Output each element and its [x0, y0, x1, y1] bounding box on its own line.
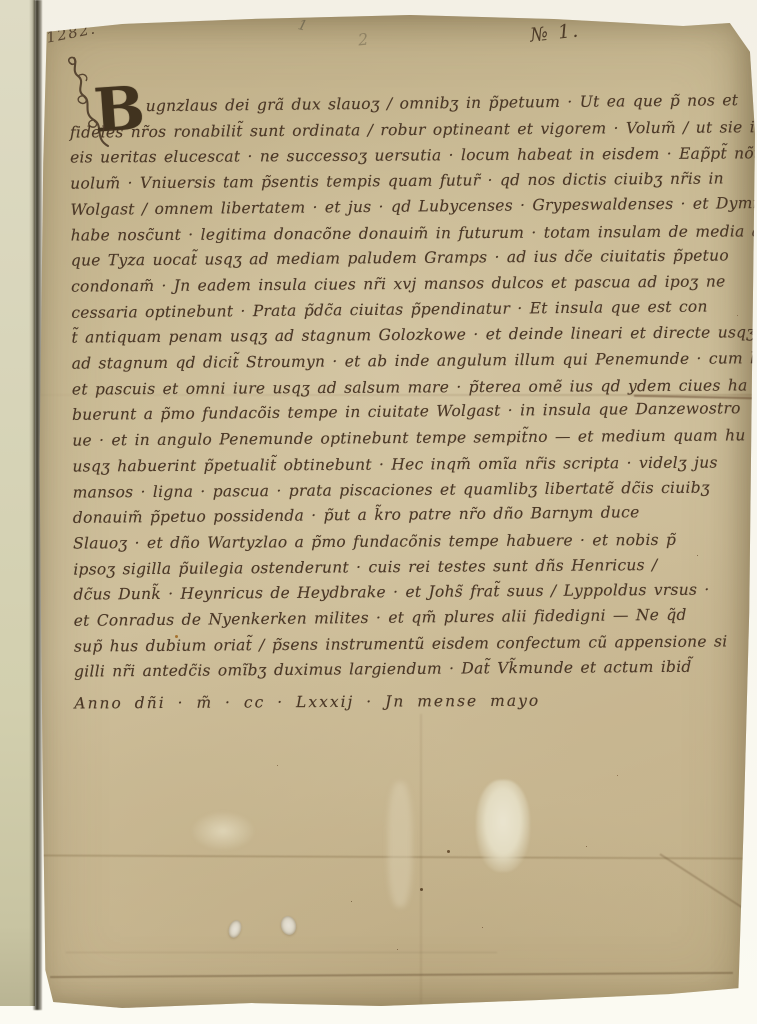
pencil-mark-2: 2 [357, 30, 369, 50]
manuscript-line: Wolgast / omnem libertatem · et jus · qd… [70, 191, 730, 223]
manuscript-line: gilli nr̃i antedc̃is omĩbʒ duximus largi… [74, 655, 734, 686]
parchment-hole [279, 915, 298, 937]
charter-text-block: ugnzlaus dei grã dux slauoʒ / omnibʒ in … [70, 89, 735, 717]
dating-clause-line: Anno dñi · m̃ · cc · Lxxxij · Jn mense m… [74, 688, 734, 718]
parchment-hole [227, 919, 244, 940]
book-page-edge [0, 0, 35, 1006]
fold-crease-vertical [420, 714, 422, 1010]
repair-patch-large [476, 780, 530, 872]
stain-specks [420, 888, 423, 891]
parchment-sheet: 1282. 1 2 № 1. B ugnzlaus dei grã dux sl… [36, 14, 755, 1010]
photographed-charter-page: 1282. 1 2 № 1. B ugnzlaus dei grã dux sl… [0, 0, 757, 1024]
archival-number-note: № 1. [529, 19, 581, 46]
manuscript-line: eis ueritas elucescat · ne successoʒ uer… [70, 142, 730, 172]
manuscript-line: ue · et in angulo Penemunde optinebunt t… [72, 424, 732, 455]
pencil-mark-1: 1 [296, 17, 309, 35]
manuscript-line: habe nosc̃unt · legitima donacõne donaui… [71, 219, 731, 249]
manuscript-line: usqʒ habuerint p̃petualit̃ obtinebunt · … [72, 450, 732, 480]
worn-light-band [388, 782, 412, 907]
fold-crease-bottom-faint [66, 952, 497, 953]
manuscript-line: ad stagnum qd dicit̃ Stroumyn · et ab in… [72, 346, 732, 377]
fold-crease-bottom [50, 972, 733, 978]
fold-crease-lower [40, 854, 752, 859]
scratch-bottom-right [660, 853, 755, 936]
archival-year-note: 1282. [45, 19, 98, 46]
manuscript-line: Slauoʒ · et dño Wartyzlao a p̃mo fundacõ… [73, 527, 733, 557]
worn-light-spot [192, 812, 254, 850]
manuscript-line: donauim̃ p̃petuo possidenda · p̃ut a k̃r… [73, 500, 733, 532]
